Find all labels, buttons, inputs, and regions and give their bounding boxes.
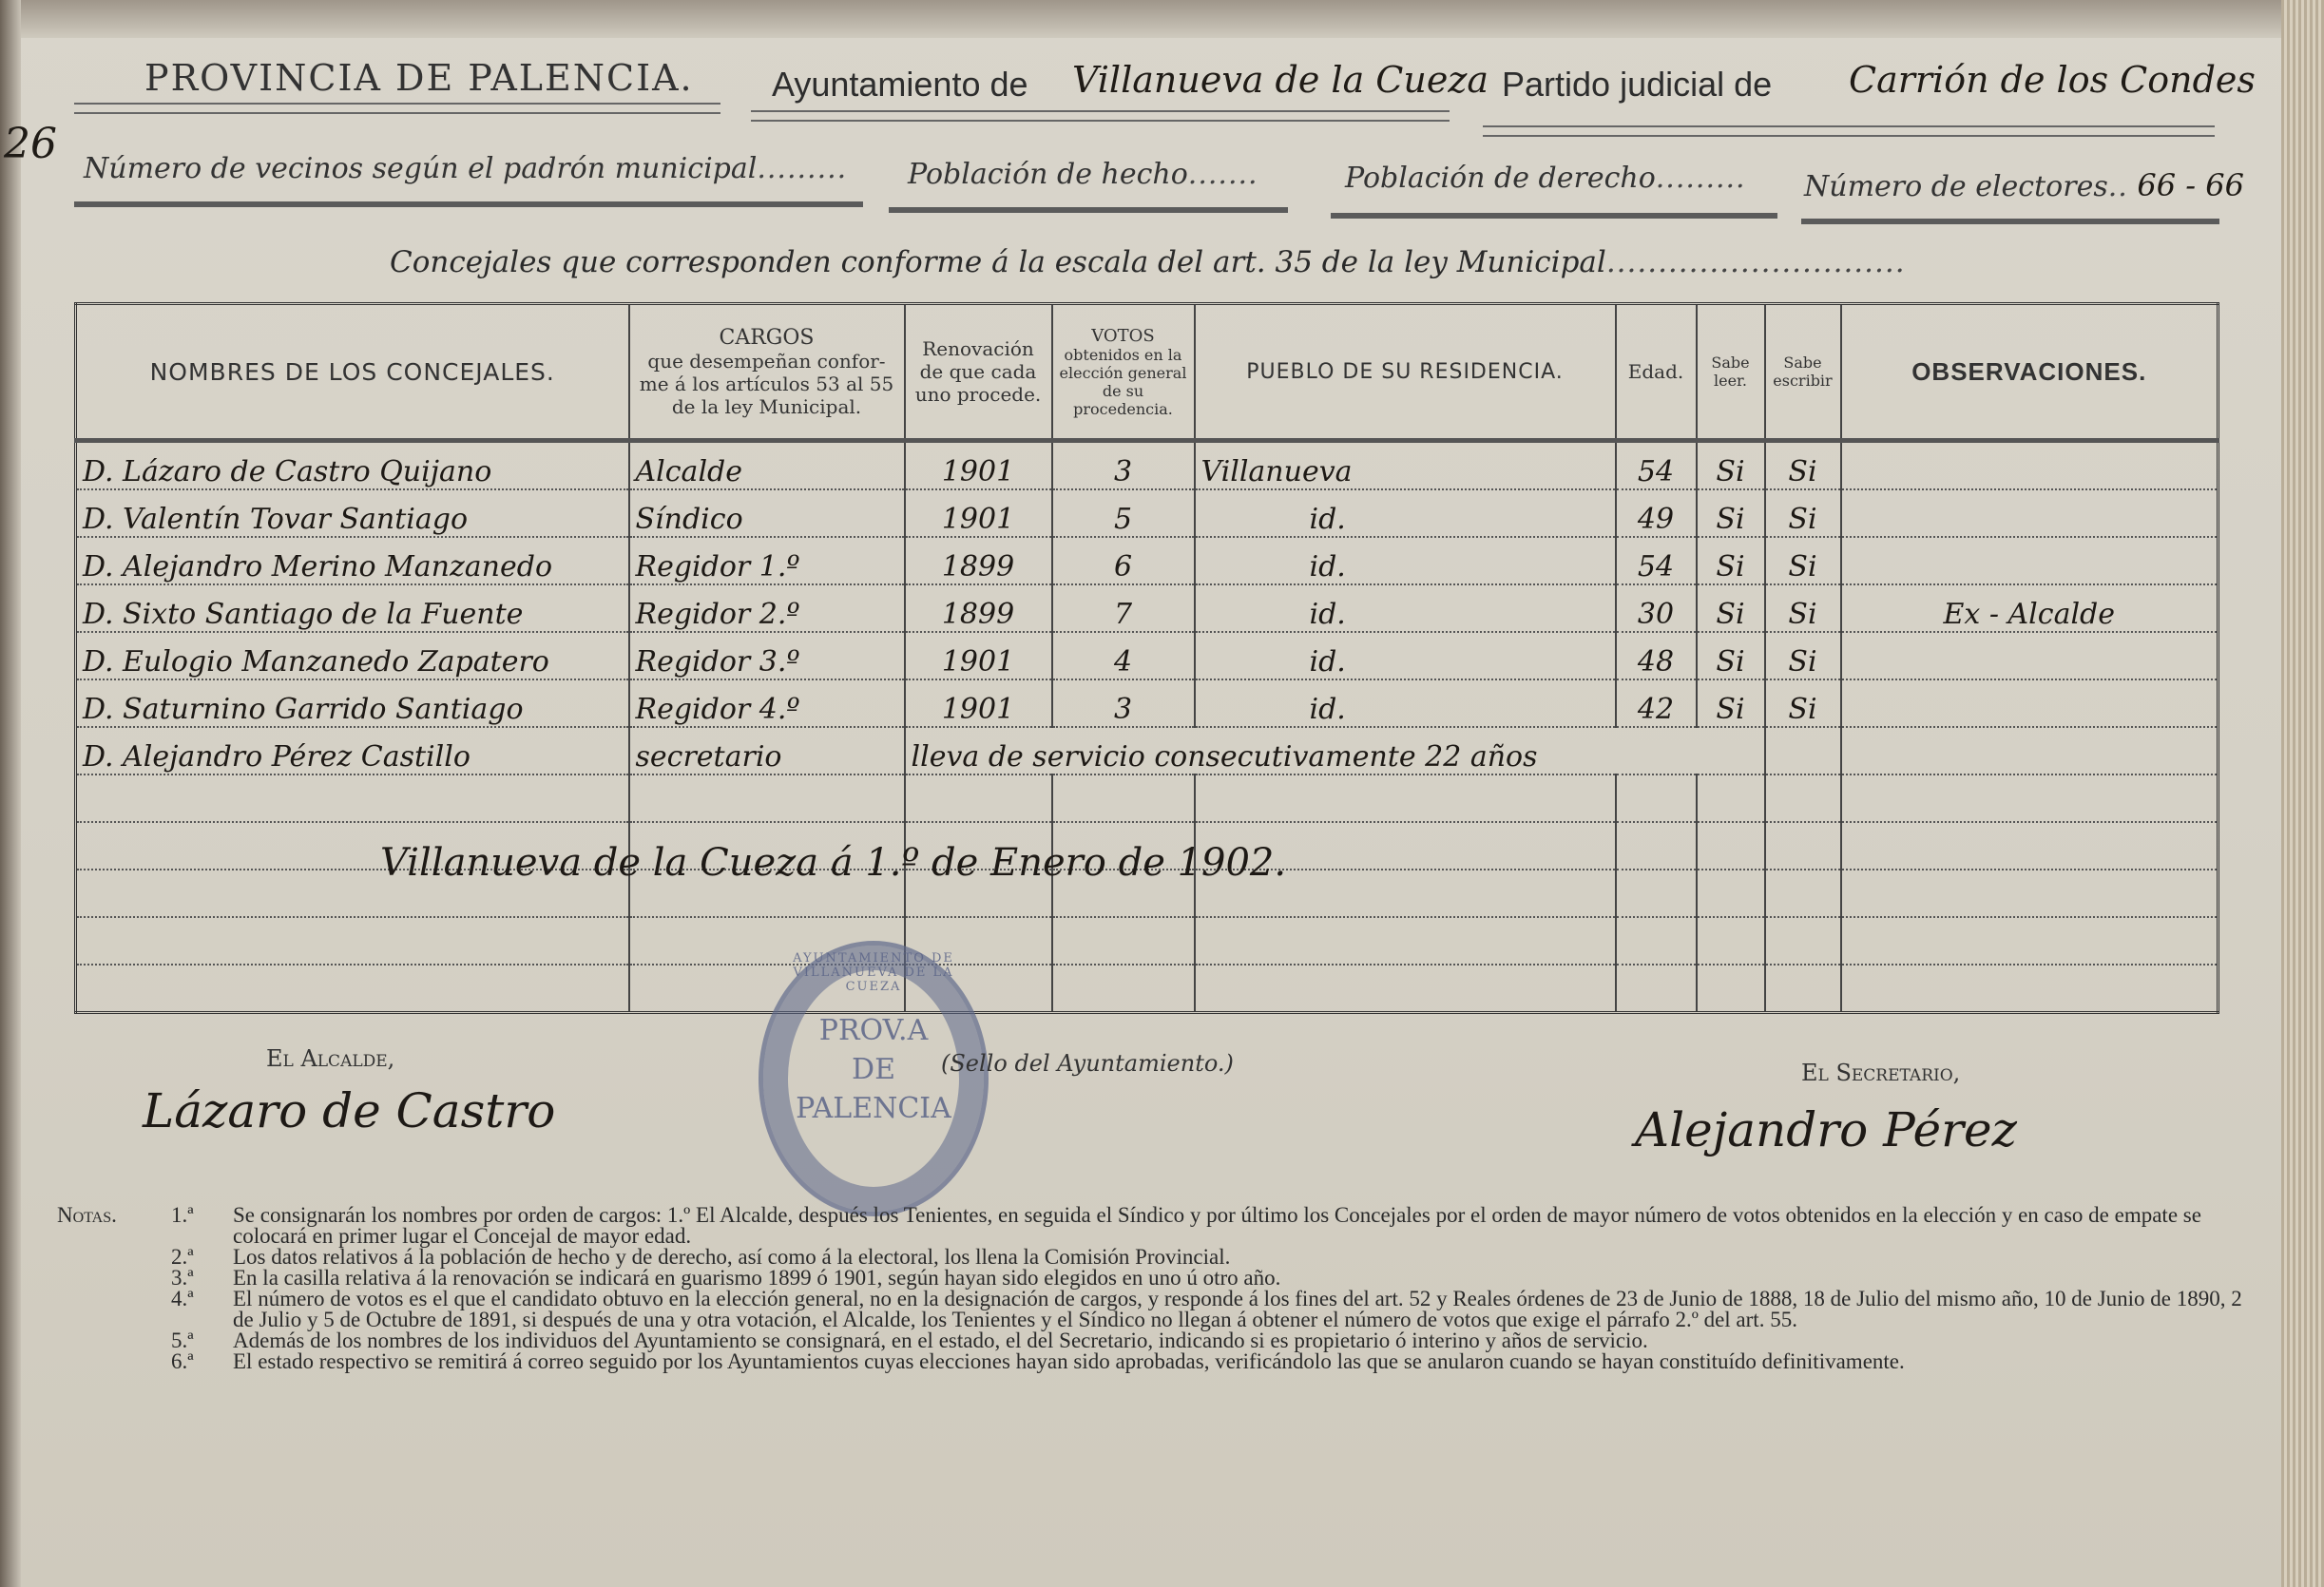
cell-votos: 3 (1052, 679, 1195, 727)
stamp-ring-text: AYUNTAMIENTO DE VILLANUEVA DE LA CUEZA (763, 951, 984, 994)
cell-observaciones (1841, 489, 2218, 537)
secretario-signature: Alejandro Pérez (1635, 1102, 2017, 1157)
electores-value: 66 - 66 (2137, 167, 2244, 203)
table-row: D. Sixto Santiago de la Fuente Regidor 2… (76, 584, 2218, 632)
cell-cargo: Regidor 1.º (629, 537, 905, 584)
cell-edad: 54 (1616, 537, 1697, 584)
note-item: 5.ªAdemás de los nombres de los individu… (57, 1330, 2243, 1351)
cell-cargo: secretario (629, 727, 905, 774)
cell-escribir: Si (1765, 537, 1841, 584)
cell-pueblo: id. (1195, 632, 1616, 679)
cell-cargo: Síndico (629, 489, 905, 537)
cell-votos: 5 (1052, 489, 1195, 537)
cell-observaciones (1841, 537, 2218, 584)
table-row-empty (76, 917, 2218, 965)
cell-pueblo: id. (1195, 489, 1616, 537)
cell-nombre: D. Lázaro de Castro Quijano (76, 441, 629, 490)
partido-judicial-value: Carrión de los Condes (1849, 59, 2256, 101)
cell-edad: 49 (1616, 489, 1697, 537)
stamp-line: PROV.A (763, 1014, 984, 1047)
col-header-edad: Edad. (1616, 304, 1697, 441)
partido-judicial-label: Partido judicial de (1502, 65, 1772, 105)
cell-votos: 7 (1052, 584, 1195, 632)
divider (889, 207, 1288, 213)
book-page-edges (2281, 0, 2324, 1587)
cell-nombre: D. Saturnino Garrido Santiago (76, 679, 629, 727)
concejales-table: NOMBRES DE LOS CONCEJALES. CARGOS que de… (74, 302, 2219, 1014)
cell-escribir (1765, 727, 1841, 774)
alcalde-label: El Alcalde, (266, 1045, 394, 1072)
cell-servicio-note: lleva de servicio consecutivamente 22 añ… (905, 727, 1765, 774)
cell-cargo: Regidor 3.º (629, 632, 905, 679)
cell-votos: 3 (1052, 441, 1195, 490)
col-header-nombres: NOMBRES DE LOS CONCEJALES. (76, 304, 629, 441)
ayuntamiento-label: Ayuntamiento de (772, 65, 1028, 105)
cell-leer: Si (1697, 679, 1765, 727)
cell-votos: 6 (1052, 537, 1195, 584)
col-header-sabe-leer: Sabe leer. (1697, 304, 1765, 441)
cell-pueblo: id. (1195, 537, 1616, 584)
cell-leer: Si (1697, 489, 1765, 537)
col-header-cargos: CARGOS que desempeñan confor-me á los ar… (629, 304, 905, 441)
cell-renovacion: 1899 (905, 584, 1052, 632)
note-item: 6.ªEl estado respectivo se remitirá á co… (57, 1351, 2243, 1372)
cell-leer: Si (1697, 584, 1765, 632)
vecinos-label: Número de vecinos según el padrón munici… (84, 152, 757, 185)
poblacion-derecho-field: Población de derecho......... (1345, 162, 1746, 195)
document-page: 26 PROVINCIA DE PALENCIA. Ayuntamiento d… (0, 0, 2281, 1587)
cell-cargo: Alcalde (629, 441, 905, 490)
cell-edad: 48 (1616, 632, 1697, 679)
table-row: D. Valentín Tovar Santiago Síndico 1901 … (76, 489, 2218, 537)
note-item: 1.ªSe consignarán los nombres por orden … (57, 1205, 2243, 1247)
notes-section: Notas. 1.ªSe consignarán los nombres por… (57, 1205, 2243, 1372)
electores-field: Número de electores.. 66 - 66 (1804, 167, 2244, 203)
cell-escribir: Si (1765, 441, 1841, 490)
cell-escribir: Si (1765, 679, 1841, 727)
sello-label: (Sello del Ayuntamiento.) (941, 1050, 1234, 1077)
note-item: 2.ªLos datos relativos á la población de… (57, 1247, 2243, 1268)
cell-escribir: Si (1765, 489, 1841, 537)
divider (74, 103, 720, 114)
cell-observaciones: Ex - Alcalde (1841, 584, 2218, 632)
electores-label: Número de electores (1804, 170, 2108, 203)
table-row: D. Saturnino Garrido Santiago Regidor 4.… (76, 679, 2218, 727)
col-header-sabe-escribir: Sabe escribir (1765, 304, 1841, 441)
secretario-label: El Secretario, (1801, 1060, 1960, 1086)
cell-renovacion: 1901 (905, 441, 1052, 490)
folio-number: 26 (4, 120, 57, 168)
cell-edad: 42 (1616, 679, 1697, 727)
table-subtitle: Concejales que corresponden conforme á l… (390, 245, 1906, 279)
table-row: D. Alejandro Merino Manzanedo Regidor 1.… (76, 537, 2218, 584)
stamp-line: PALENCIA (763, 1092, 984, 1125)
divider (1331, 213, 1777, 219)
cell-edad: 54 (1616, 441, 1697, 490)
cell-nombre: D. Alejandro Pérez Castillo (76, 727, 629, 774)
table-row: D. Eulogio Manzanedo Zapatero Regidor 3.… (76, 632, 2218, 679)
cell-escribir: Si (1765, 632, 1841, 679)
cell-nombre: D. Sixto Santiago de la Fuente (76, 584, 629, 632)
cell-observaciones (1841, 727, 2218, 774)
cell-leer: Si (1697, 537, 1765, 584)
cell-renovacion: 1901 (905, 632, 1052, 679)
col-header-pueblo: PUEBLO DE SU RESIDENCIA. (1195, 304, 1616, 441)
poblacion-derecho-label: Población de derecho (1345, 162, 1656, 195)
cell-observaciones (1841, 679, 2218, 727)
col-header-observaciones: OBSERVACIONES. (1841, 304, 2218, 441)
table-row-secretario: D. Alejandro Pérez Castillo secretario l… (76, 727, 2218, 774)
cell-leer: Si (1697, 632, 1765, 679)
ayuntamiento-stamp: AYUNTAMIENTO DE VILLANUEVA DE LA CUEZA P… (759, 941, 989, 1216)
poblacion-hecho-label: Población de hecho (908, 158, 1188, 191)
table-row-empty (76, 774, 2218, 822)
cell-renovacion: 1901 (905, 489, 1052, 537)
col-header-renovacion: Renovación de que cada uno procede. (905, 304, 1052, 441)
province-title: PROVINCIA DE PALENCIA. (144, 57, 694, 99)
note-item: 4.ªEl número de votos es el que el candi… (57, 1289, 2243, 1330)
cell-votos: 4 (1052, 632, 1195, 679)
cell-nombre: D. Valentín Tovar Santiago (76, 489, 629, 537)
note-item: 3.ªEn la casilla relativa á la renovació… (57, 1268, 2243, 1289)
cell-pueblo: id. (1195, 679, 1616, 727)
cell-pueblo: Villanueva (1195, 441, 1616, 490)
table-row: D. Lázaro de Castro Quijano Alcalde 1901… (76, 441, 2218, 490)
cell-leer: Si (1697, 441, 1765, 490)
divider (1483, 125, 2215, 137)
cell-observaciones (1841, 632, 2218, 679)
ayuntamiento-value: Villanueva de la Cueza (1072, 59, 1489, 101)
cell-edad: 30 (1616, 584, 1697, 632)
vecinos-field: Número de vecinos según el padrón munici… (84, 152, 847, 185)
table-row-empty (76, 965, 2218, 1013)
divider (1801, 219, 2219, 224)
cell-observaciones (1841, 441, 2218, 490)
table-header-row: NOMBRES DE LOS CONCEJALES. CARGOS que de… (76, 304, 2218, 441)
page-top-edge (0, 0, 2281, 38)
cell-cargo: Regidor 2.º (629, 584, 905, 632)
col-header-votos: VOTOS obtenidos en la elección general d… (1052, 304, 1195, 441)
cell-nombre: D. Alejandro Merino Manzanedo (76, 537, 629, 584)
cell-nombre: D. Eulogio Manzanedo Zapatero (76, 632, 629, 679)
book-spine (0, 0, 21, 1587)
cell-cargo: Regidor 4.º (629, 679, 905, 727)
divider (751, 110, 1450, 122)
cell-escribir: Si (1765, 584, 1841, 632)
divider (74, 201, 863, 207)
poblacion-hecho-field: Población de hecho....... (908, 158, 1258, 191)
alcalde-signature: Lázaro de Castro (143, 1083, 555, 1138)
closing-date-line: Villanueva de la Cueza á 1.º de Enero de… (380, 841, 1286, 885)
cell-pueblo: id. (1195, 584, 1616, 632)
cell-renovacion: 1901 (905, 679, 1052, 727)
cell-renovacion: 1899 (905, 537, 1052, 584)
